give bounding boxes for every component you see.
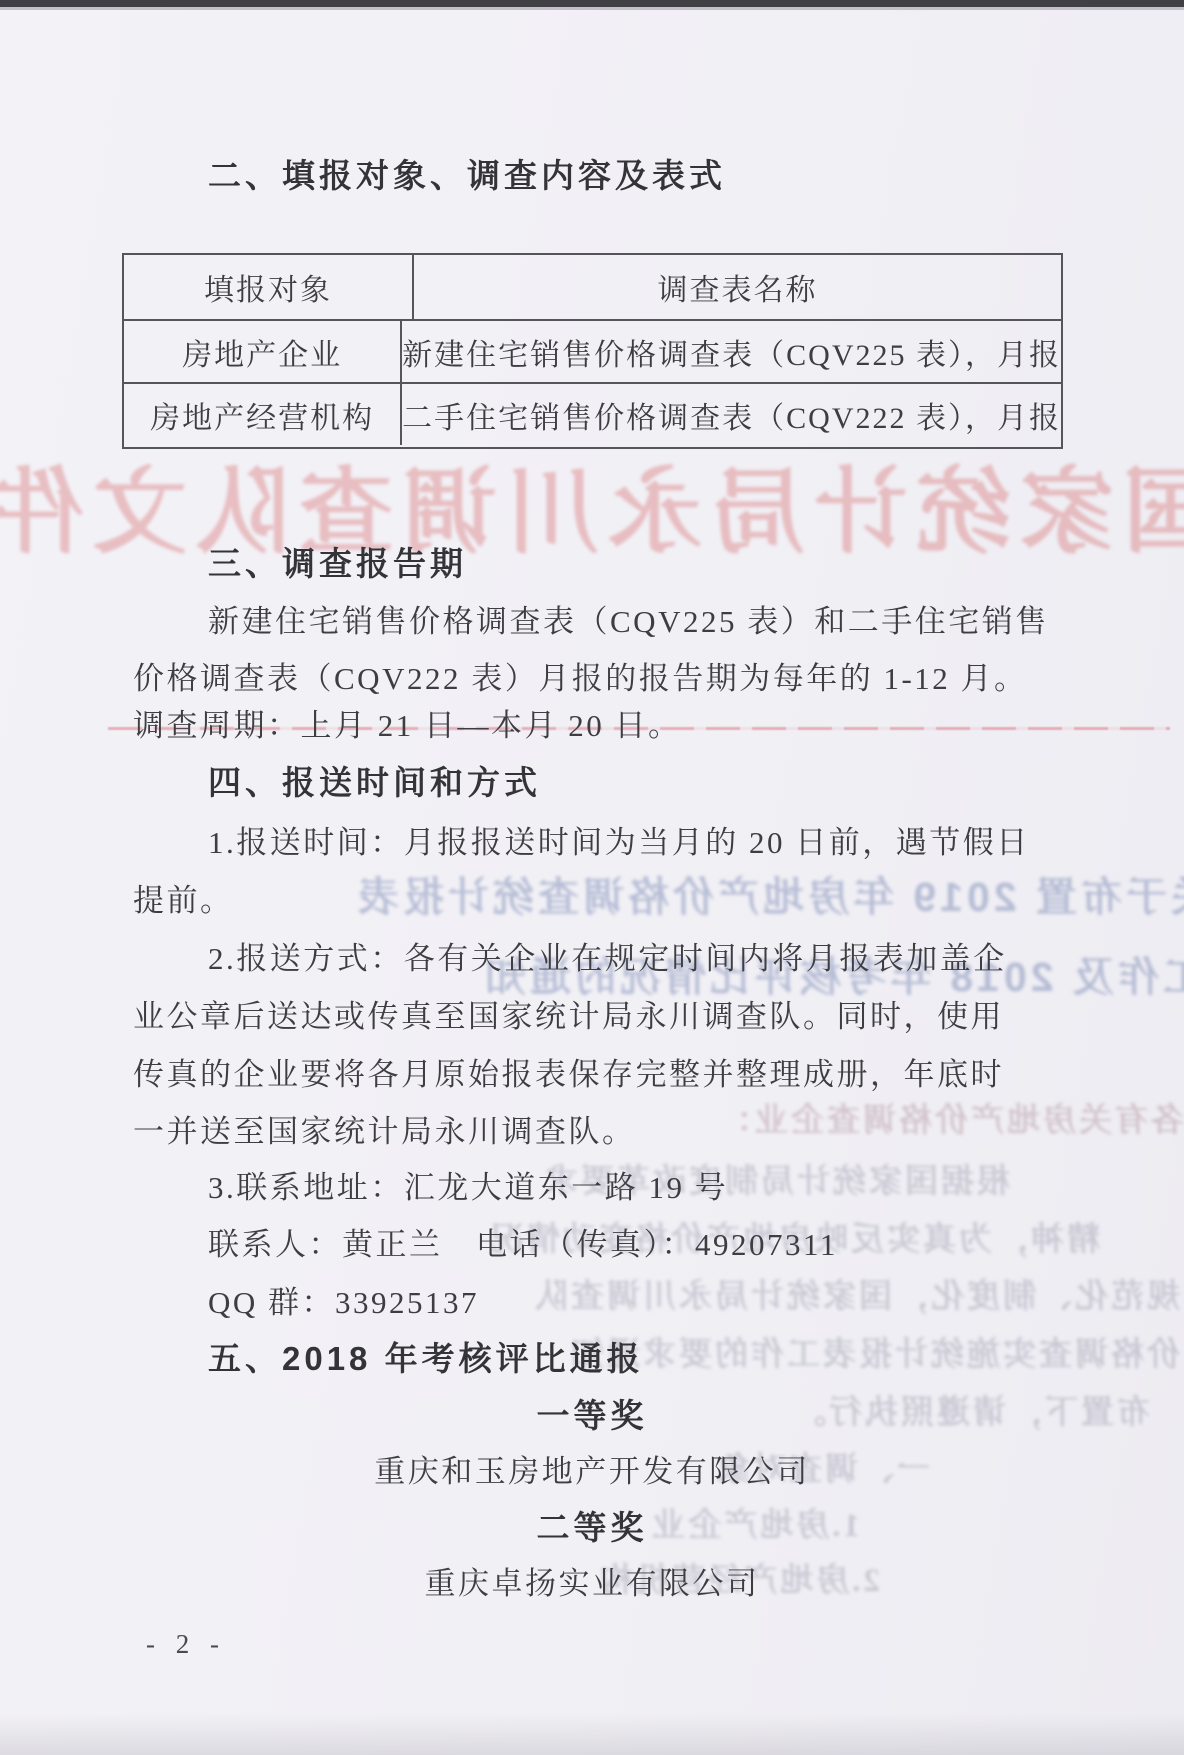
table-cell-target-text: 房地产企业 [182, 330, 342, 374]
scanned-document-page: 国家统计局永川调查队文件 关于布置 2019 年房地产价格调查统计报表 工作及 … [0, 0, 1184, 1755]
section4-contact-person: 联系人：黄正兰 电话（传真）：49207311 [208, 1219, 838, 1264]
section5-heading: 五、2018 年考核评比通报 [208, 1333, 644, 1380]
section4-line5: 传真的企业要将各月原始报表保存完整并整理成册，年底时 [133, 1049, 1004, 1094]
table-header-target-label: 填报对象 [204, 265, 332, 309]
section4-contact-address: 3.联系地址：汇龙大道东一路 19 号 [208, 1162, 728, 1207]
table-header-row: 填报对象 调查表名称 [124, 255, 1061, 319]
table-header-form-name: 调查表名称 [414, 255, 1061, 319]
section3-line2: 价格调查表（CQV222 表）月报的报告期为每年的 1-12 月。 [133, 653, 1028, 698]
section4-line6: 一并送至国家统计局永川调查队。 [133, 1106, 636, 1151]
section4-line2: 提前。 [133, 875, 234, 920]
table-cell-form-text: 新建住宅销售价格调查表（CQV225 表），月报 [402, 330, 1061, 374]
section4-qq-group: QQ 群：33925137 [208, 1277, 479, 1322]
section4-heading: 四、报送时间和方式 [208, 757, 541, 804]
bleedthrough-letterhead-title: 国家统计局永川调查队文件 [0, 436, 1184, 571]
survey-forms-table: 填报对象 调查表名称 房地产企业 新建住宅销售价格调查表（CQV225 表），月… [122, 253, 1063, 449]
first-prize-winner: 重庆和玉房地产开发有限公司 [0, 1446, 1184, 1491]
section4-line3: 2.报送方式：各有关企业在规定时间内将月报表加盖企 [208, 933, 1007, 978]
bleedthrough-notice-title-line1: 关于布置 2019 年房地产价格调查统计报表 [190, 864, 1184, 923]
table-cell-target-text: 房地产经营机构 [150, 393, 374, 437]
section3-heading: 三、调查报告期 [208, 538, 467, 585]
table-cell-target: 房地产企业 [124, 321, 402, 382]
table-cell-target: 房地产经营机构 [124, 384, 402, 445]
second-prize-winner: 重庆卓扬实业有限公司 [0, 1558, 1184, 1603]
section4-line1: 1.报送时间：月报报送时间为当月的 20 日前，遇节假日 [208, 817, 1030, 862]
section2-heading: 二、填报对象、调查内容及表式 [208, 150, 726, 197]
first-prize-label: 一等奖 [0, 1390, 1184, 1437]
scan-bottom-shade [0, 1713, 1184, 1755]
table-header-form-name-label: 调查表名称 [658, 265, 818, 309]
table-cell-form-text: 二手住宅销售价格调查表（CQV222 表），月报 [402, 393, 1061, 437]
table-row: 房地产企业 新建住宅销售价格调查表（CQV225 表），月报 [124, 319, 1061, 382]
table-row: 房地产经营机构 二手住宅销售价格调查表（CQV222 表），月报 [124, 382, 1061, 445]
section3-line3: 调查周期：上月 21 日—本月 20 日。 [133, 700, 682, 745]
table-cell-form: 新建住宅销售价格调查表（CQV225 表），月报 [402, 321, 1061, 382]
scan-top-edge-shadow [0, 7, 1184, 10]
table-header-target: 填报对象 [124, 255, 414, 319]
bleedthrough-line-salutation: 各有关房地产价格调查企业： [600, 1094, 1184, 1141]
second-prize-label: 二等奖 [0, 1502, 1184, 1549]
section4-line4: 业公章后送达或传真至国家统计局永川调查队。同时，使用 [133, 991, 1004, 1036]
table-cell-form: 二手住宅销售价格调查表（CQV222 表），月报 [402, 384, 1061, 445]
scan-top-edge [0, 0, 1184, 7]
page-number: - 2 - [146, 1629, 226, 1660]
section3-line1: 新建住宅销售价格调查表（CQV225 表）和二手住宅销售 [208, 596, 1049, 641]
